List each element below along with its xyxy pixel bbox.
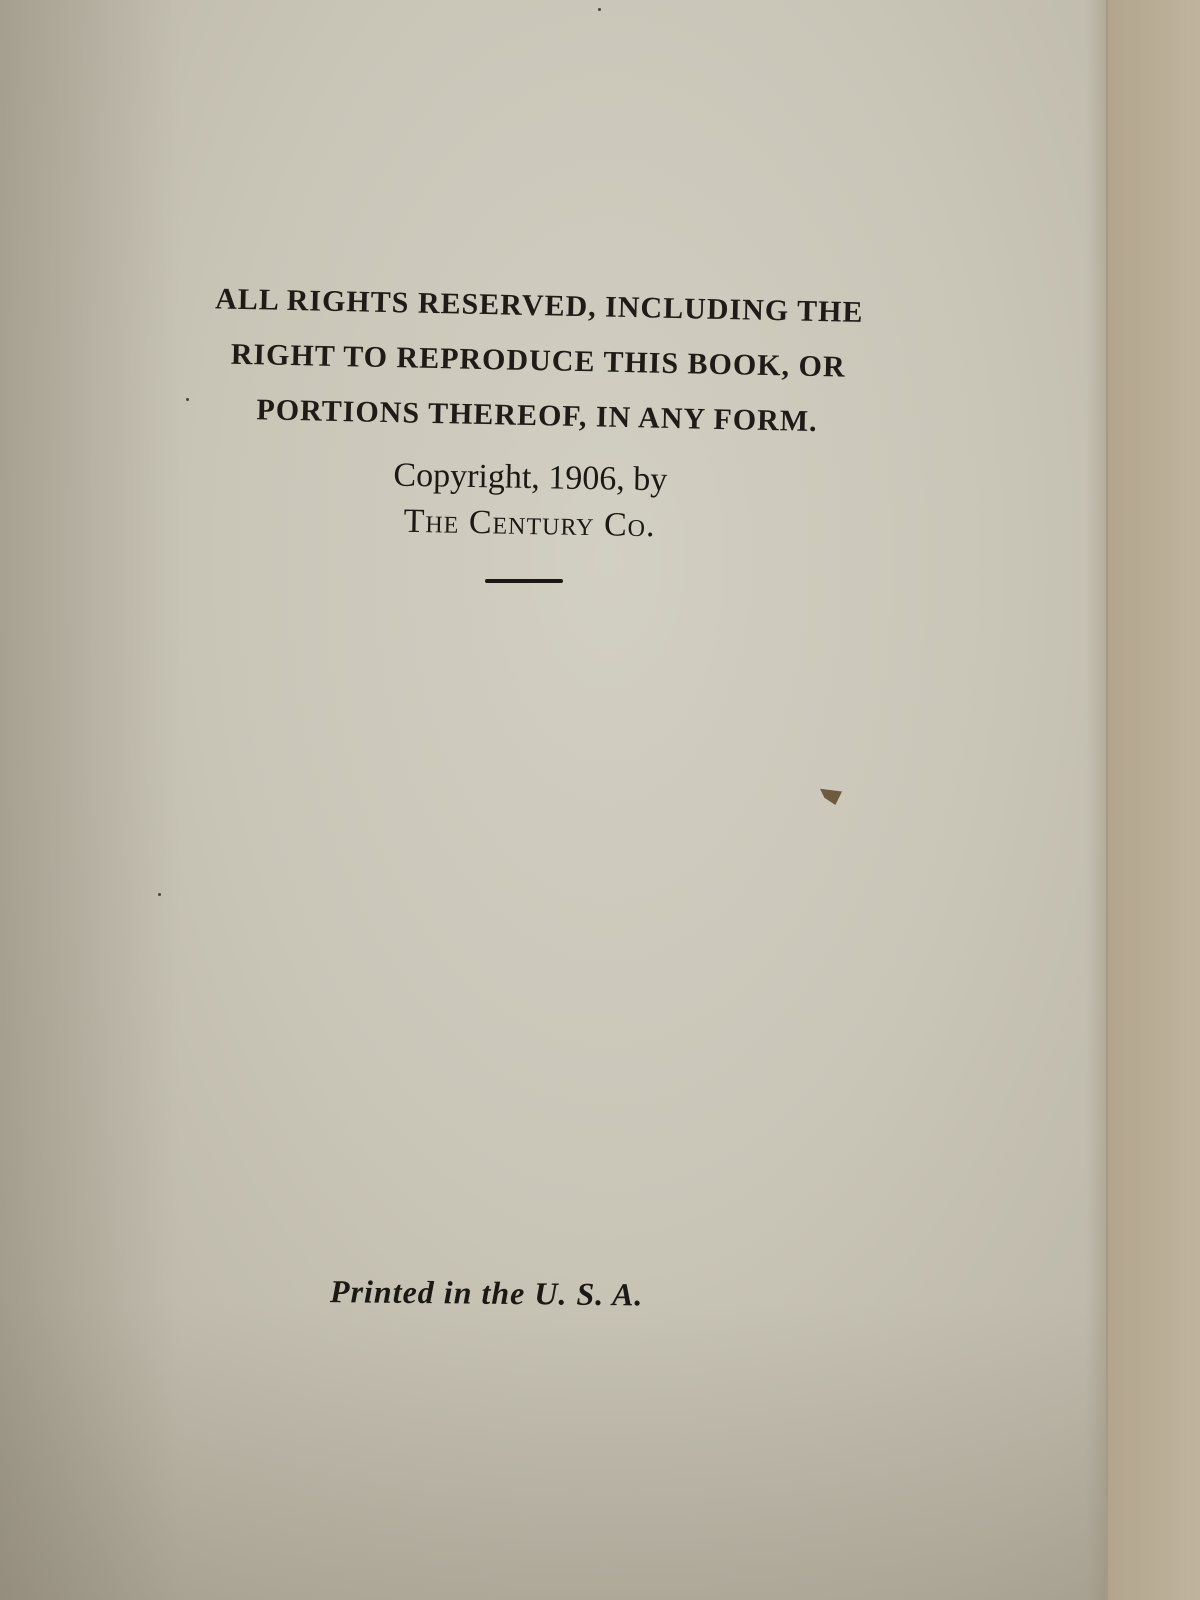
copyright-line: Copyright, 1906, by bbox=[360, 452, 701, 504]
paper-speck bbox=[598, 8, 601, 11]
rights-notice: ALL RIGHTS RESERVED, INCLUDING THE RIGHT… bbox=[147, 270, 930, 451]
page-edge bbox=[1086, 0, 1106, 1600]
copyright-block: Copyright, 1906, by The Century Co. bbox=[359, 452, 701, 550]
adjacent-page-edge bbox=[1106, 0, 1200, 1600]
printed-in-imprint: Printed in the U. S. A. bbox=[330, 1273, 690, 1314]
page-shadow-bottom bbox=[0, 1300, 1106, 1600]
horizontal-rule bbox=[485, 579, 563, 583]
paper-speck bbox=[186, 398, 189, 401]
publisher-name: The Century Co. bbox=[359, 498, 700, 550]
paper-speck bbox=[158, 893, 161, 896]
